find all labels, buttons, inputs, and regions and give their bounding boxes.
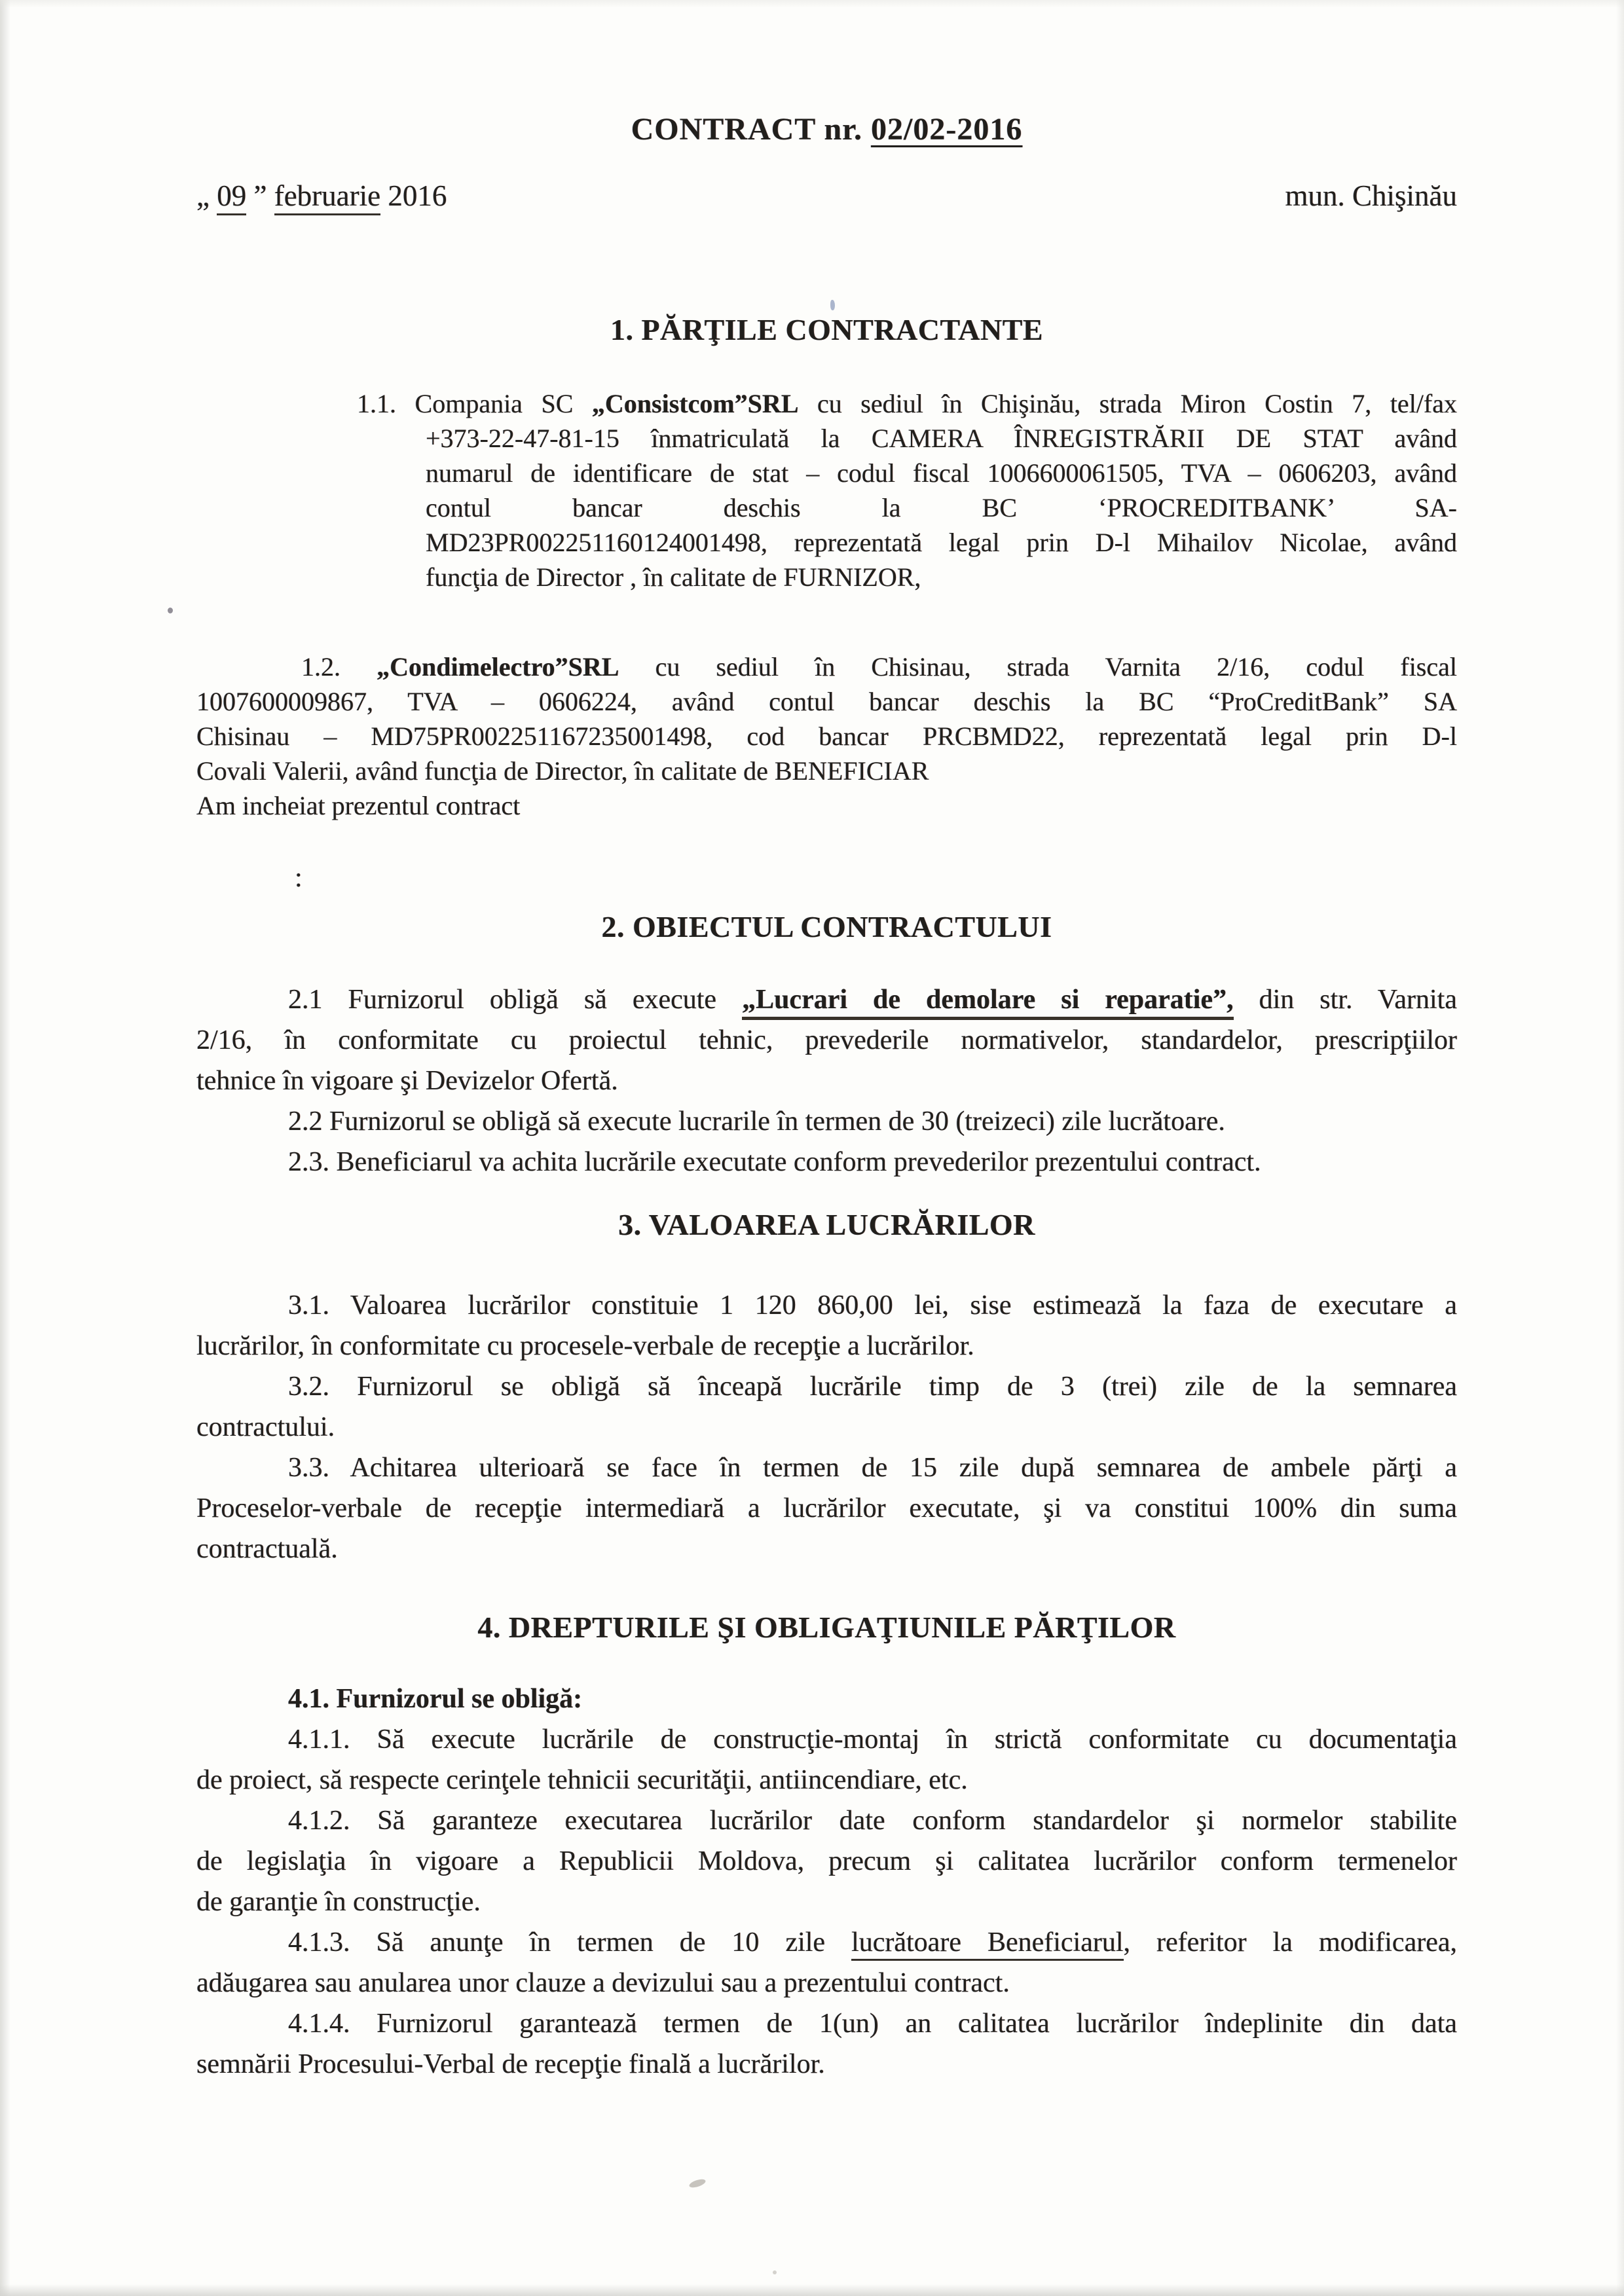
section-3-heading: 3. VALOAREA LUCRĂRILOR: [196, 1207, 1457, 1242]
scan-speck: [773, 2270, 777, 2274]
clause-1-2: 1.2. „Condimelectro”SRL cu sediul în Chi…: [196, 649, 1457, 823]
section-3-body: 3.1. Valoarea lucrărilor constituie 1 12…: [196, 1285, 1457, 1569]
clause-2-1-line-3: tehnice în vigoare şi Devizelor Ofertă.: [196, 1061, 1457, 1101]
notice-term-underlined: lucrătoare Beneficiarul: [851, 1927, 1123, 1961]
works-object-title: „Lucrari de demolare si reparatie”,: [742, 985, 1234, 1020]
contract-nr-label: nr.: [815, 112, 871, 147]
clause-1-1-line-1: 1.1. Compania SC „Consistcom”SRL cu sedi…: [426, 386, 1457, 421]
clause-4-1-2-line-2: de legislaţia în vigoare a Republicii Mo…: [196, 1841, 1457, 1882]
scan-edge-top: [0, 0, 1624, 8]
date-close-quote: ”: [246, 179, 274, 212]
clause-3-2-line-2: contractului.: [196, 1407, 1457, 1448]
scan-edge-right: [1616, 0, 1624, 2296]
scan-edge-bottom: [0, 2284, 1624, 2296]
clause-4-1-2-line-1: 4.1.2. Să garanteze executarea lucrărilo…: [196, 1800, 1457, 1841]
clause-4-1-subheading: 4.1. Furnizorul se obligă:: [196, 1679, 1457, 1719]
contract-title-name: CONTRACT: [631, 112, 816, 147]
clause-text: 2.1 Furnizorul obligă să execute: [288, 985, 742, 1015]
clause-3-1-line-2: lucrărilor, în conformitate cu procesele…: [196, 1326, 1457, 1366]
contract-body: CONTRACT nr. 02/02-2016 „ 09 ” februarie…: [196, 111, 1457, 2085]
scan-speck: [168, 608, 173, 613]
date-city-row: „ 09 ” februarie 2016 mun. Chişinău: [196, 179, 1457, 213]
clause-3-3-line-2: Proceselor-verbale de recepţie intermedi…: [196, 1488, 1457, 1529]
date-month: februarie: [274, 179, 380, 215]
section-4-body: 4.1.1. Să execute lucrările de construcţ…: [196, 1719, 1457, 2085]
clause-1-2-line-4: Covali Valerii, având funcţia de Directo…: [196, 754, 1457, 788]
clause-4-1-4-line-2: semnării Procesului-Verbal de recepţie f…: [196, 2044, 1457, 2085]
clause-4-1-1-line-1: 4.1.1. Să execute lucrările de construcţ…: [196, 1719, 1457, 1760]
clause-1-1: 1.1. Compania SC „Consistcom”SRL cu sedi…: [426, 386, 1457, 594]
clause-2-2: 2.2 Furnizorul se obligă să execute lucr…: [196, 1101, 1457, 1142]
scan-edge-left: [0, 0, 10, 2296]
contract-number: 02/02-2016: [871, 112, 1022, 147]
clause-text: cu sediul în Chişinău, strada Miron Cost…: [799, 389, 1458, 418]
section-2-heading: 2. OBIECTUL CONTRACTULUI: [196, 909, 1457, 944]
clause-3-2-line-1: 3.2. Furnizorul se obligă să înceapă luc…: [196, 1366, 1457, 1407]
scan-speck: [688, 2178, 707, 2189]
clause-text: cu sediul în Chisinau, strada Varnita 2/…: [619, 652, 1457, 682]
section-1-heading: 1. PĂRŢILE CONTRACTANTE: [196, 312, 1457, 347]
clause-2-1: 2.1 Furnizorul obligă să execute „Lucrar…: [196, 979, 1457, 1182]
clause-4-1-4-line-1: 4.1.4. Furnizorul garantează termen de 1…: [196, 2003, 1457, 2044]
clause-text: 1.2.: [301, 652, 377, 682]
clause-2-1-line-2: 2/16, în conformitate cu proiectul tehni…: [196, 1020, 1457, 1061]
clause-3-1-line-1: 3.1. Valoarea lucrărilor constituie 1 12…: [196, 1285, 1457, 1326]
clause-3-3-line-3: contractuală.: [196, 1529, 1457, 1569]
contract-title: CONTRACT nr. 02/02-2016: [196, 111, 1457, 147]
clause-4-1-3-line-2: adăugarea sau anularea unor clauze a dev…: [196, 1963, 1457, 2003]
clause-2-1-line-1: 2.1 Furnizorul obligă să execute „Lucrar…: [196, 979, 1457, 1020]
stray-colon: :: [196, 861, 1457, 895]
clause-text: 4.1.3. Să anunţe în termen de 10 zile: [288, 1927, 851, 1958]
clause-1-1-line-6: funcţia de Director , în calitate de FUR…: [426, 560, 1457, 594]
date-day: 09: [217, 179, 246, 215]
supplier-company-name: „Consistcom”SRL: [592, 389, 799, 418]
clause-1-2-line-2: 1007600009867, TVA – 0606224, având cont…: [196, 684, 1457, 719]
clause-2-3: 2.3. Beneficiarul va achita lucrările ex…: [196, 1142, 1457, 1182]
clause-1-1-line-5: MD23PR002251160124001498, reprezentată l…: [426, 525, 1457, 560]
clause-4-1-1-line-2: de proiect, să respecte cerinţele tehnic…: [196, 1760, 1457, 1800]
clause-1-2-line-5: Am incheiat prezentul contract: [196, 788, 1457, 823]
date-open-quote: „: [196, 179, 217, 212]
clause-1-2-line-1: 1.2. „Condimelectro”SRL cu sediul în Chi…: [196, 649, 1457, 684]
beneficiary-company-name: „Condimelectro”SRL: [377, 652, 619, 682]
section-4-heading: 4. DREPTURILE ŞI OBLIGAŢIUNILE PĂRŢILOR: [196, 1610, 1457, 1645]
clause-text: 1.1. Compania SC: [357, 389, 592, 418]
clause-4-1-2-line-3: de garanţie în construcţie.: [196, 1882, 1457, 1922]
clause-1-1-line-4: contul bancar deschis la BC ‘PROCREDITBA…: [426, 490, 1457, 525]
clause-4-1-3-line-1: 4.1.3. Să anunţe în termen de 10 zile lu…: [196, 1922, 1457, 1963]
clause-1-2-line-3: Chisinau – MD75PR002251167235001498, cod…: [196, 719, 1457, 754]
clause-3-3-line-1: 3.3. Achitarea ulterioară se face în ter…: [196, 1448, 1457, 1488]
scanned-contract-page: CONTRACT nr. 02/02-2016 „ 09 ” februarie…: [0, 0, 1624, 2296]
clause-1-1-line-3: numarul de identificare de stat – codul …: [426, 456, 1457, 490]
date-year: 2016: [380, 179, 447, 212]
clause-text: din str. Varnita: [1234, 985, 1457, 1015]
clause-1-1-line-2: +373-22-47-81-15 înmatriculată la CAMERA…: [426, 421, 1457, 456]
contract-city: mun. Chişinău: [1285, 179, 1457, 213]
contract-date: „ 09 ” februarie 2016: [196, 179, 447, 213]
clause-text: , referitor la modificarea,: [1124, 1927, 1457, 1958]
